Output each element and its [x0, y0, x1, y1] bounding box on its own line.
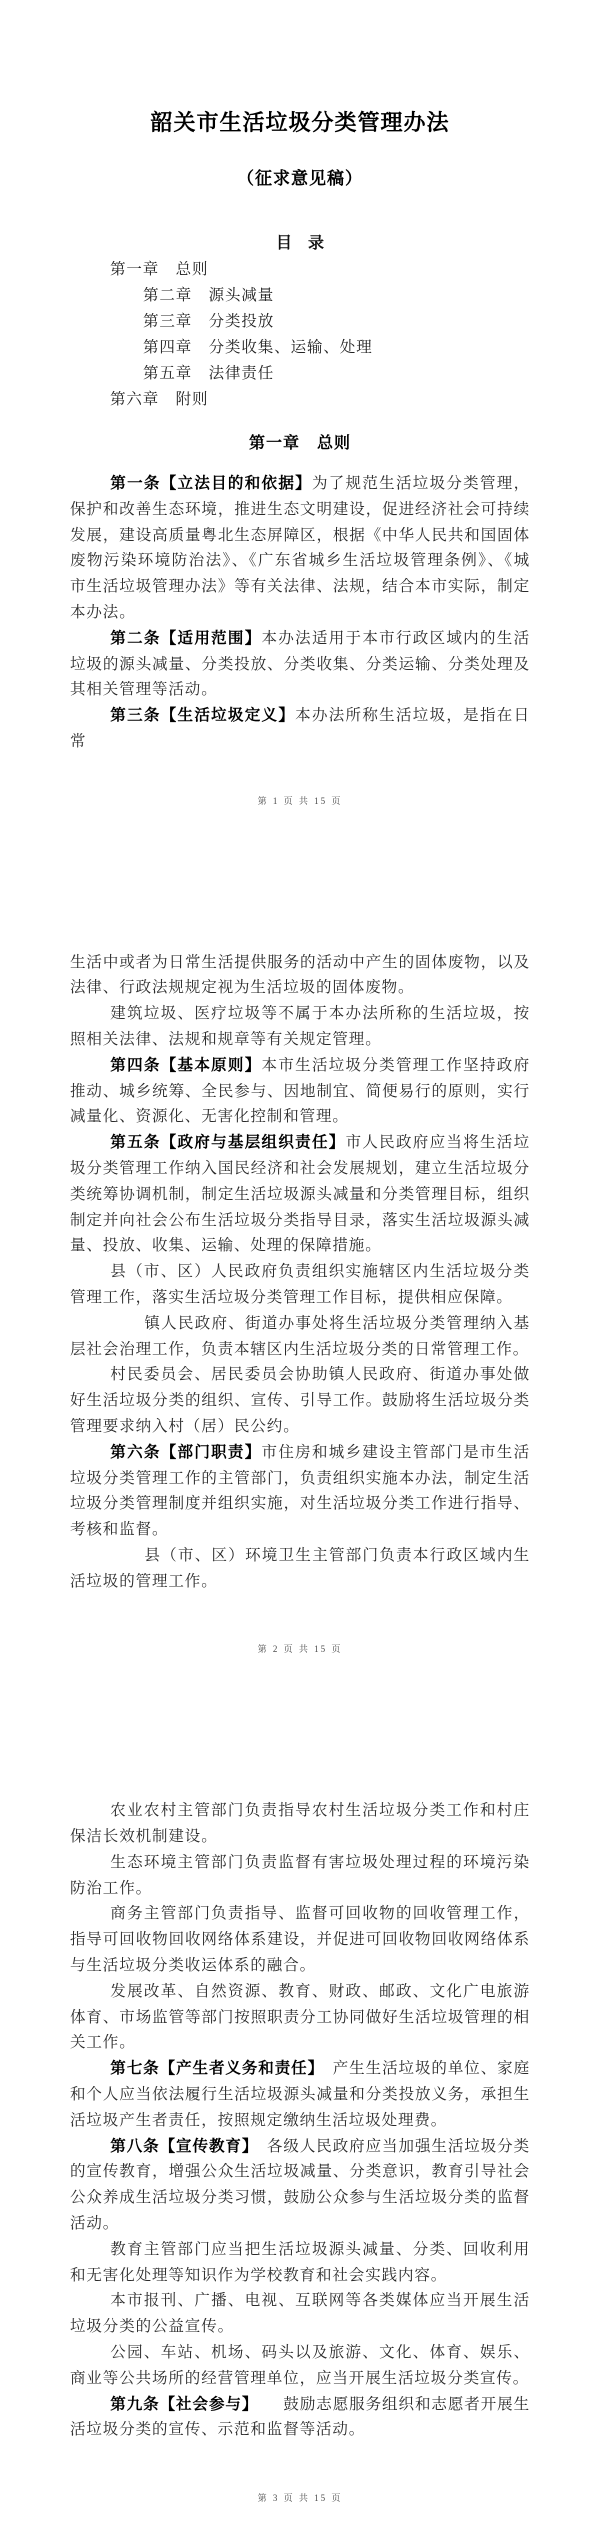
body-paragraph: 镇人民政府、街道办事处将生活垃圾分类管理纳入基层社会治理工作，负责本辖区内生活垃…: [70, 1311, 530, 1363]
body-paragraph: 发展改革、自然资源、教育、财政、邮政、文化广电旅游体育、市场监管等部门按照职责分…: [70, 1979, 530, 2056]
page-body: 农业农村主管部门负责指导农村生活垃圾分类工作和村庄保洁长效机制建设。生态环境主管…: [70, 1697, 530, 2443]
chapter-heading: 第一章 总则: [70, 431, 530, 457]
doc-title: 韶关市生活垃圾分类管理办法: [70, 112, 530, 134]
article-head: 第一条【立法目的和依据】: [110, 475, 312, 492]
article-head: 第九条【社会参与】: [110, 2396, 250, 2413]
article-head: 第四条【基本原则】: [110, 1057, 261, 1074]
body-paragraph: 公园、车站、机场、码头以及旅游、文化、体育、娱乐、商业等公共场所的经营管理单位，…: [70, 2340, 530, 2392]
body-paragraph: 农业农村主管部门负责指导农村生活垃圾分类工作和村庄保洁长效机制建设。: [70, 1798, 530, 1850]
article-paragraph: 第八条【宣传教育】 各级人民政府应当加强生活垃圾分类的宣传教育，增强公众生活垃圾…: [70, 2134, 530, 2237]
article-head: 第五条【政府与基层组织责任】: [110, 1134, 345, 1151]
toc-item: 第二章 源头减量: [70, 283, 530, 309]
article-paragraph: 第五条【政府与基层组织责任】市人民政府应当将生活垃圾分类管理工作纳入国民经济和社…: [70, 1130, 530, 1259]
body-paragraph: 本市报刊、广播、电视、互联网等各类媒体应当开展生活垃圾分类的公益宣传。: [70, 2288, 530, 2340]
toc-item: 第五章 法律责任: [70, 361, 530, 387]
article-paragraph: 第四条【基本原则】本市生活垃圾分类管理工作坚持政府推动、城乡统筹、全民参与、因地…: [70, 1053, 530, 1130]
body-paragraph: 商务主管部门负责指导、监督可回收物的回收管理工作，指导可回收物回收网络体系建设，…: [70, 1901, 530, 1978]
page-2: 生活中或者为日常生活提供服务的活动中产生的固体废物，以及法律、行政法规规定视为生…: [0, 849, 600, 1698]
toc-title: 目 录: [70, 231, 530, 257]
article-head: 第八条【宣传教育】: [110, 2138, 250, 2155]
body-paragraph: 教育主管部门应当把生活垃圾源头减量、分类、回收利用和无害化处理等知识作为学校教育…: [70, 2237, 530, 2289]
article-head: 第七条【产生者义务和责任】: [110, 2060, 316, 2077]
page-body: 韶关市生活垃圾分类管理办法（征求意见稿）目 录第一章 总则第二章 源头减量第三章…: [70, 112, 530, 755]
toc-item: 第三章 分类投放: [70, 309, 530, 335]
article-paragraph: 第九条【社会参与】 鼓励志愿服务组织和志愿者开展生活垃圾分类的宣传、示范和监督等…: [70, 2392, 530, 2444]
article-paragraph: 第六条【部门职责】市住房和城乡建设主管部门是市生活垃圾分类管理工作的主管部门，负…: [70, 1440, 530, 1543]
page-number-footer: 第 2 页 共 15 页: [0, 1642, 600, 1655]
toc-item: 第四章 分类收集、运输、处理: [70, 335, 530, 361]
page-body: 生活中或者为日常生活提供服务的活动中产生的固体废物，以及法律、行政法规规定视为生…: [70, 849, 530, 1595]
article-paragraph: 第七条【产生者义务和责任】 产生生活垃圾的单位、家庭和个人应当依法履行生活垃圾源…: [70, 2056, 530, 2133]
doc-subtitle: （征求意见稿）: [70, 170, 530, 187]
body-paragraph: 县（市、区）人民政府负责组织实施辖区内生活垃圾分类管理工作，落实生活垃圾分类管理…: [70, 1259, 530, 1311]
page-text: 第一条【立法目的和依据】为了规范生活垃圾分类管理，保护和改善生态环境，推进生态文…: [70, 471, 530, 755]
toc-item: 第一章 总则: [70, 257, 530, 283]
article-body: 市人民政府应当将生活垃圾分类管理工作纳入国民经济和社会发展规划，建立生活垃圾分类…: [70, 1134, 530, 1254]
body-paragraph: 生态环境主管部门负责监督有害垃圾处理过程的环境污染防治工作。: [70, 1850, 530, 1902]
article-body: 为了规范生活垃圾分类管理，保护和改善生态环境，推进生态文明建设，促进经济社会可持…: [70, 475, 530, 621]
body-paragraph: 建筑垃圾、医疗垃圾等不属于本办法所称的生活垃圾，按照相关法律、法规和规章等有关规…: [70, 1001, 530, 1053]
page-1: 韶关市生活垃圾分类管理办法（征求意见稿）目 录第一章 总则第二章 源头减量第三章…: [0, 0, 600, 849]
page-number-footer: 第 3 页 共 15 页: [0, 2491, 600, 2504]
body-paragraph: 生活中或者为日常生活提供服务的活动中产生的固体废物，以及法律、行政法规规定视为生…: [70, 950, 530, 1002]
page-number-footer: 第 1 页 共 15 页: [0, 794, 600, 807]
article-head: 第二条【适用范围】: [110, 630, 261, 647]
page-text: 生活中或者为日常生活提供服务的活动中产生的固体废物，以及法律、行政法规规定视为生…: [70, 950, 530, 1595]
body-paragraph: 县（市、区）环境卫生主管部门负责本行政区域内生活垃圾的管理工作。: [70, 1543, 530, 1595]
page-3: 农业农村主管部门负责指导农村生活垃圾分类工作和村庄保洁长效机制建设。生态环境主管…: [0, 1697, 600, 2546]
article-head: 第六条【部门职责】: [110, 1444, 261, 1461]
page-text: 农业农村主管部门负责指导农村生活垃圾分类工作和村庄保洁长效机制建设。生态环境主管…: [70, 1798, 530, 2443]
article-paragraph: 第二条【适用范围】本办法适用于本市行政区域内的生活垃圾的源头减量、分类投放、分类…: [70, 626, 530, 703]
article-paragraph: 第三条【生活垃圾定义】本办法所称生活垃圾，是指在日常: [70, 703, 530, 755]
body-paragraph: 村民委员会、居民委员会协助镇人民政府、街道办事处做好生活垃圾分类的组织、宣传、引…: [70, 1362, 530, 1439]
article-paragraph: 第一条【立法目的和依据】为了规范生活垃圾分类管理，保护和改善生态环境，推进生态文…: [70, 471, 530, 626]
document: 韶关市生活垃圾分类管理办法（征求意见稿）目 录第一章 总则第二章 源头减量第三章…: [0, 0, 600, 2546]
article-head: 第三条【生活垃圾定义】: [110, 707, 295, 724]
toc-item: 第六章 附则: [70, 387, 530, 413]
